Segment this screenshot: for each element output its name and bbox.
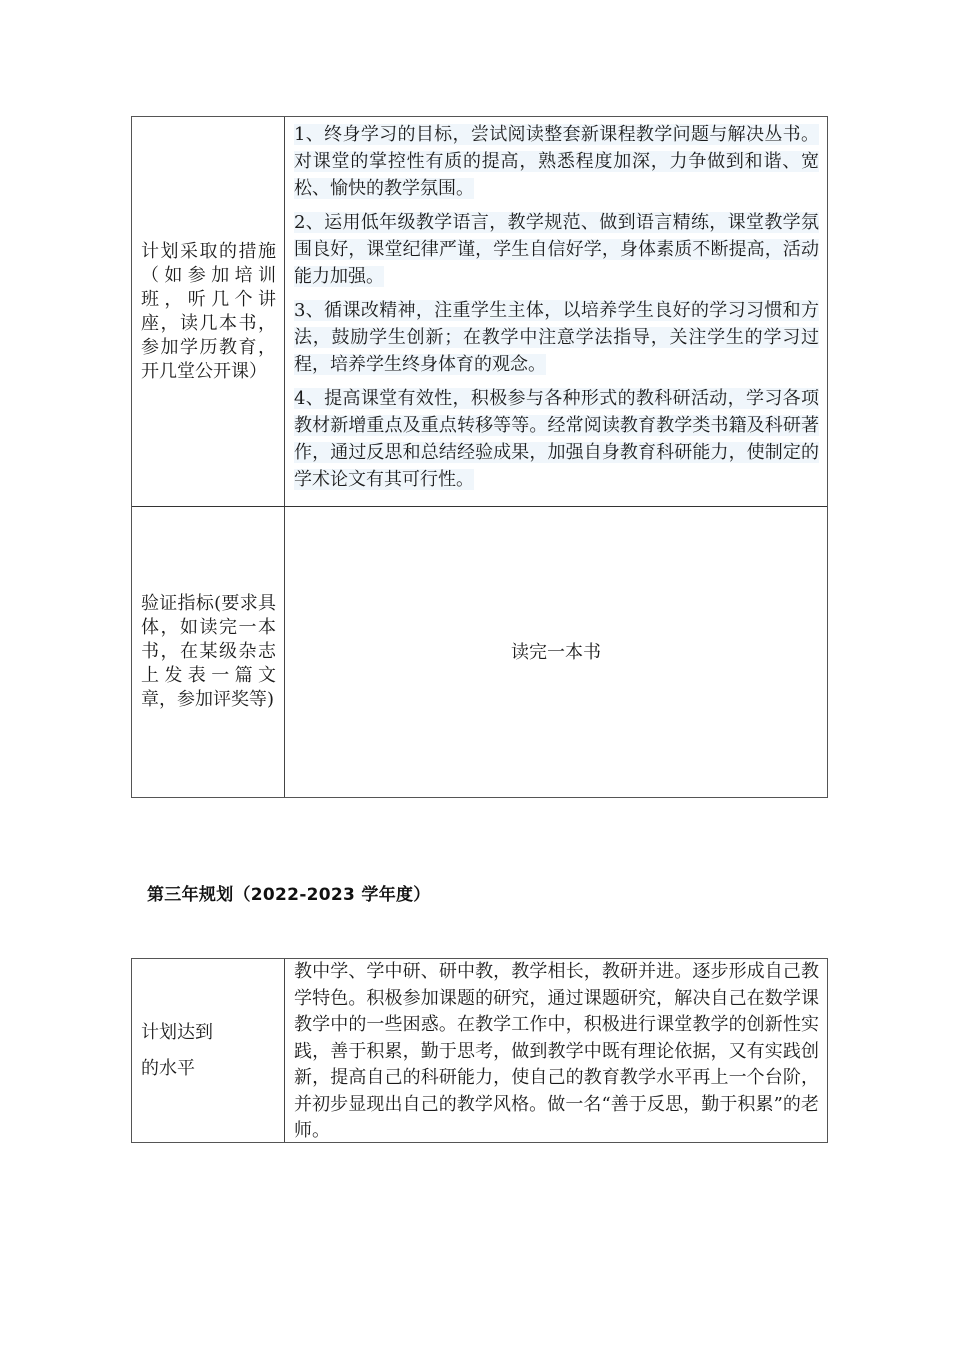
measures-content-cell: 1、终身学习的目标，尝试阅读整套新课程教学问题与解决丛书。对课堂的掌控性有质的提… — [285, 117, 827, 506]
measure-item-2: 2、运用低年级教学语言，教学规范、做到语言精练，课堂教学氛围良好，课堂纪律严谨，… — [294, 209, 819, 290]
verification-label-cell: 验证指标(要求具体，如读完一本书，在某级杂志上发表一篇文章，参加评奖等) — [132, 507, 285, 797]
verification-value: 读完一本书 — [511, 639, 601, 666]
verification-row: 验证指标(要求具体，如读完一本书，在某级杂志上发表一篇文章，参加评奖等) 读完一… — [132, 506, 827, 797]
target-level-label: 计划达到 的水平 — [141, 1015, 213, 1087]
verification-value-cell: 读完一本书 — [285, 507, 827, 797]
target-level-label-cell: 计划达到 的水平 — [132, 959, 285, 1142]
measure-item-1: 1、终身学习的目标，尝试阅读整套新课程教学问题与解决丛书。对课堂的掌控性有质的提… — [294, 121, 819, 202]
target-level-row: 计划达到 的水平 教中学、学中研、研中教，教学相长，教研并进。逐步形成自己教学特… — [132, 959, 827, 1142]
verification-label: 验证指标(要求具体，如读完一本书，在某级杂志上发表一篇文章，参加评奖等) — [141, 592, 276, 712]
measure-item-4: 4、提高课堂有效性，积极参与各种形式的教科研活动，学习各项教材新增重点及重点转移… — [294, 385, 819, 493]
measures-label: 计划采取的措施（如参加培训班，听几个讲座，读几本书，参加学历教育，开几堂公开课） — [141, 240, 276, 384]
target-level-text: 教中学、学中研、研中教，教学相长，教研并进。逐步形成自己教学特色。积极参加课题的… — [294, 959, 819, 1145]
section-heading-year3: 第三年规划（2022-2023 学年度） — [147, 880, 431, 905]
plan-table-year2: 计划采取的措施（如参加培训班，听几个讲座，读几本书，参加学历教育，开几堂公开课）… — [131, 116, 828, 798]
target-level-content-cell: 教中学、学中研、研中教，教学相长，教研并进。逐步形成自己教学特色。积极参加课题的… — [285, 959, 827, 1142]
measures-label-cell: 计划采取的措施（如参加培训班，听几个讲座，读几本书，参加学历教育，开几堂公开课） — [132, 117, 285, 506]
measures-row: 计划采取的措施（如参加培训班，听几个讲座，读几本书，参加学历教育，开几堂公开课）… — [132, 117, 827, 506]
measure-item-3: 3、循课改精神，注重学生主体，以培养学生良好的学习习惯和方法，鼓励学生创新；在教… — [294, 297, 819, 378]
plan-table-year3: 计划达到 的水平 教中学、学中研、研中教，教学相长，教研并进。逐步形成自己教学特… — [131, 958, 828, 1143]
